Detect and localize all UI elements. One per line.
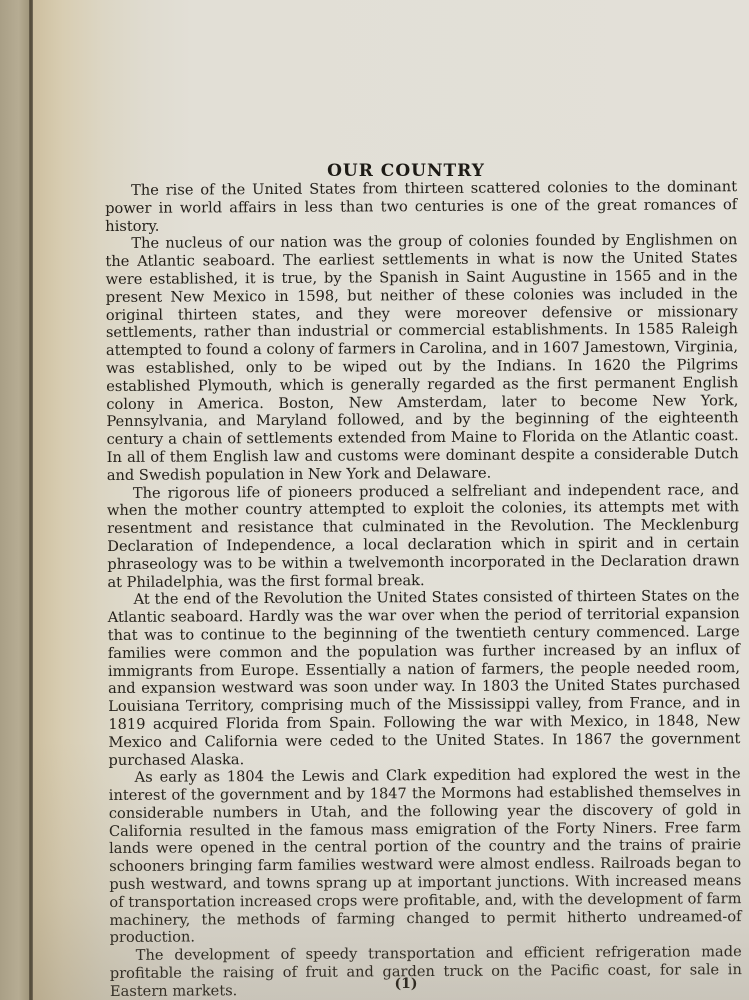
paragraph: The nucleus of our nation was the group … — [105, 232, 739, 485]
facing-page-edge — [0, 0, 31, 1000]
paragraph: As early as 1804 the Lewis and Clark exp… — [109, 765, 742, 947]
paragraph: At the end of the Revolution the United … — [108, 587, 741, 769]
chapter-body: The rise of the United States from thirt… — [105, 178, 742, 1000]
paragraph: The rigorous life of pioneers produced a… — [107, 481, 740, 592]
book-page: OUR COUNTRY The rise of the United State… — [33, 0, 749, 1000]
paragraph: The rise of the United States from thirt… — [105, 178, 737, 235]
page-number: (1) — [33, 976, 749, 992]
